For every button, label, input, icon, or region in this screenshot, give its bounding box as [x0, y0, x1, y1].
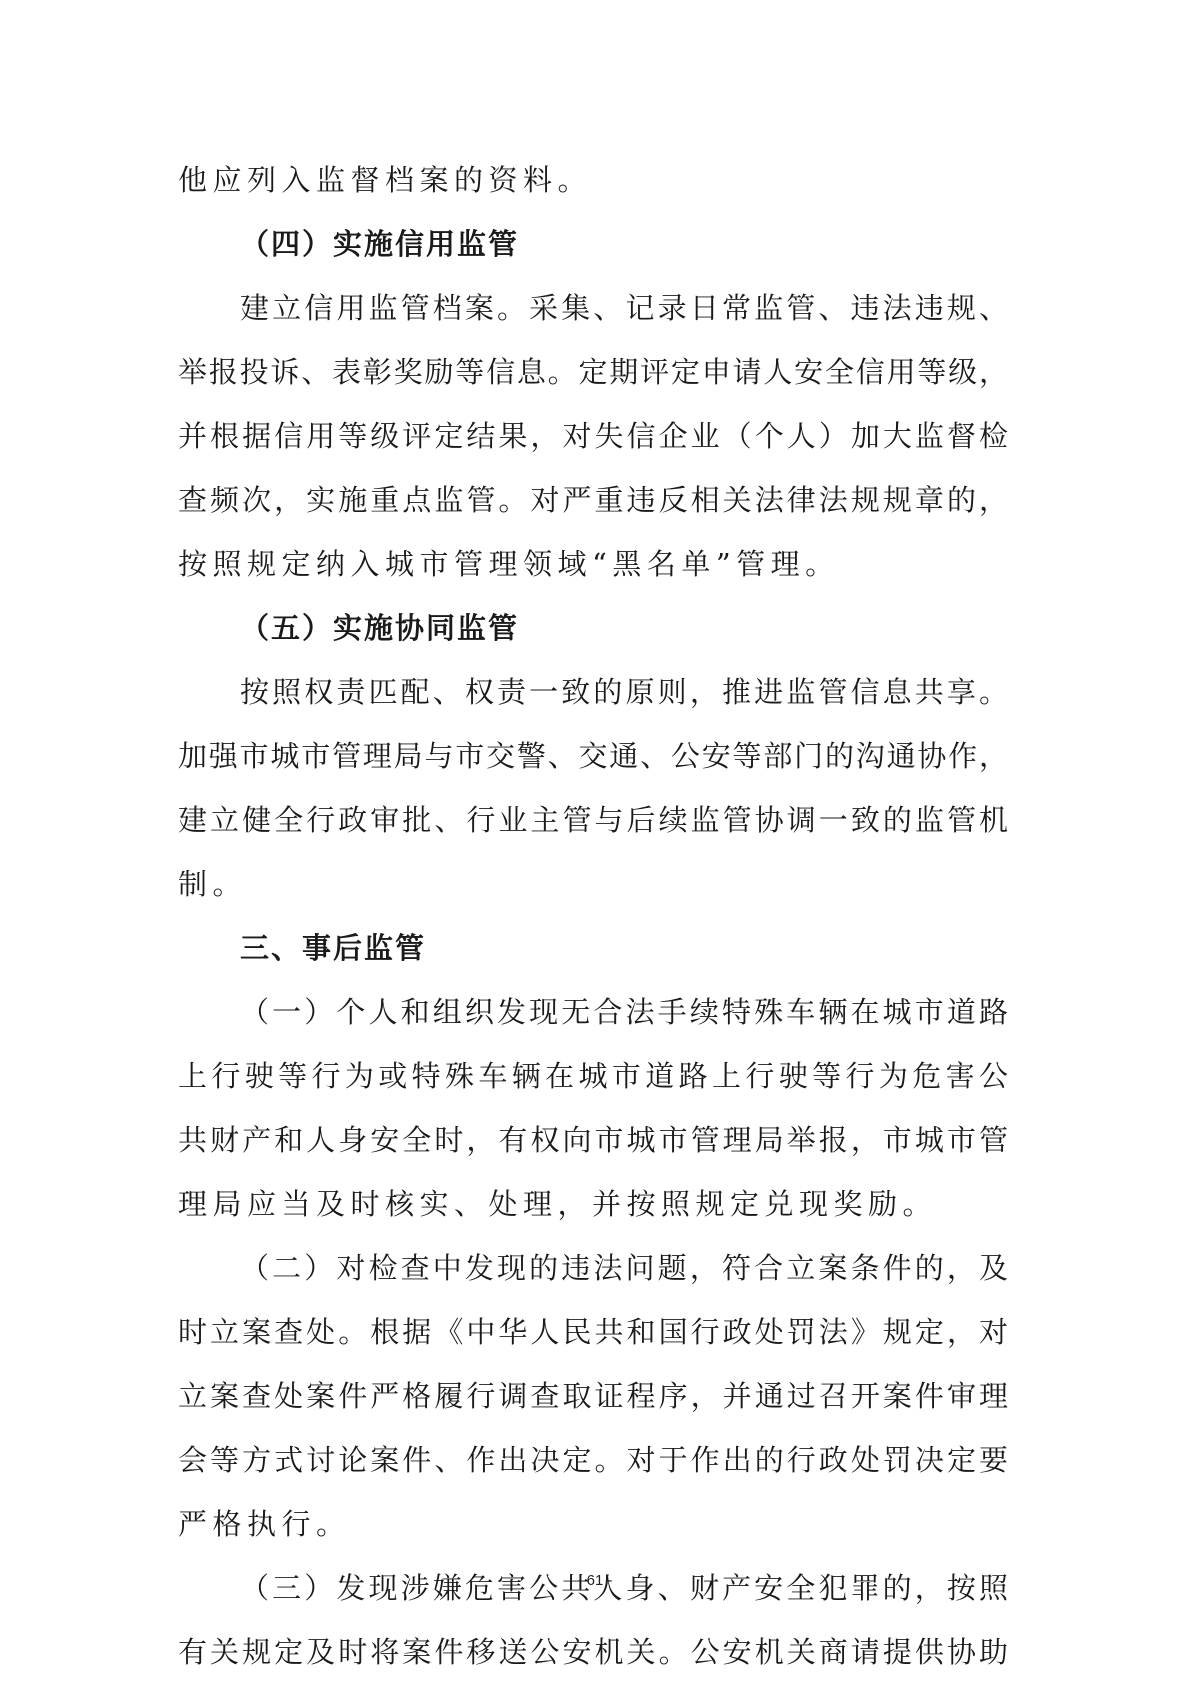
page-number: - 61 -	[0, 1572, 1190, 1589]
text-line: 理局应当及时核实、处理，并按照规定兑现奖励。	[178, 1172, 1008, 1236]
text-line: 立案查处案件严格履行调查取证程序，并通过召开案件审理	[178, 1364, 1008, 1428]
text-line: 建立信用监管档案。采集、记录日常监管、违法违规、	[178, 276, 1008, 340]
page-content: 他应列入监督档案的资料。 （四）实施信用监管 建立信用监管档案。采集、记录日常监…	[178, 148, 1008, 1683]
text-line: 查频次，实施重点监管。对严重违反相关法律法规规章的，	[178, 468, 1008, 532]
text-line: 并根据信用等级评定结果，对失信企业（个人）加大监督检	[178, 404, 1008, 468]
text-line: 加强市城市管理局与市交警、交通、公安等部门的沟通协作，	[178, 724, 1008, 788]
text-line: 上行驶等行为或特殊车辆在城市道路上行驶等行为危害公	[178, 1044, 1008, 1108]
text-line: 举报投诉、表彰奖励等信息。定期评定申请人安全信用等级，	[178, 340, 1008, 404]
text-line: 建立健全行政审批、行业主管与后续监管协调一致的监管机	[178, 788, 1008, 852]
text-line: 时立案查处。根据《中华人民共和国行政处罚法》规定，对	[178, 1300, 1008, 1364]
text-line: 共财产和人身安全时，有权向市城市管理局举报，市城市管	[178, 1108, 1008, 1172]
text-line: 制。	[178, 852, 1008, 916]
text-line: （二）对检查中发现的违法问题，符合立案条件的，及	[178, 1236, 1008, 1300]
text-line: （一）个人和组织发现无合法手续特殊车辆在城市道路	[178, 980, 1008, 1044]
text-line: 按照规定纳入城市管理领域“黑名单”管理。	[178, 532, 1008, 596]
text-line: 会等方式讨论案件、作出决定。对于作出的行政处罚决定要	[178, 1428, 1008, 1492]
text-line: 严格执行。	[178, 1492, 1008, 1556]
text-line: 有关规定及时将案件移送公安机关。公安机关商请提供协助	[178, 1620, 1008, 1683]
section-heading: （四）实施信用监管	[178, 212, 1008, 276]
text-line: 按照权责匹配、权责一致的原则，推进监管信息共享。	[178, 660, 1008, 724]
document-page: 他应列入监督档案的资料。 （四）实施信用监管 建立信用监管档案。采集、记录日常监…	[0, 0, 1190, 1683]
text-line: 他应列入监督档案的资料。	[178, 148, 1008, 212]
section-heading: 三、事后监管	[178, 916, 1008, 980]
section-heading: （五）实施协同监管	[178, 596, 1008, 660]
